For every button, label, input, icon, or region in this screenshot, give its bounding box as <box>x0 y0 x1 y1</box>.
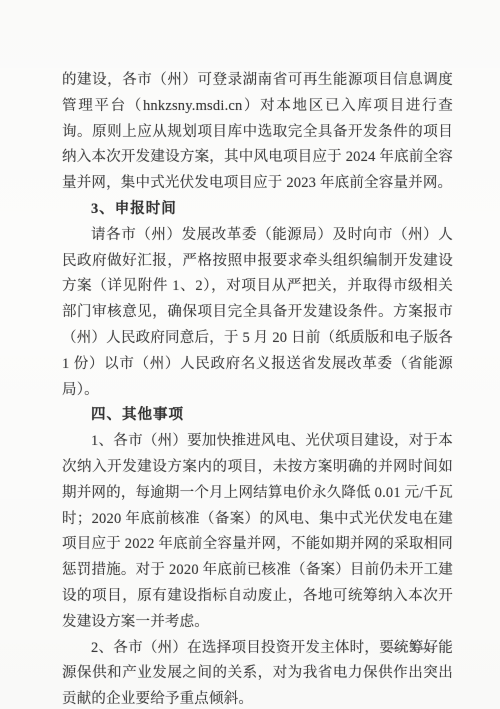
scanned-document-page: 的建设，各市（州）可登录湖南省可再生能源项目信息调度管理平台（hnkzsny.m… <box>0 0 500 709</box>
body-paragraph-continuation: 的建设，各市（州）可登录湖南省可再生能源项目信息调度管理平台（hnkzsny.m… <box>62 68 453 197</box>
section-heading-application-time: 3、申报时间 <box>62 197 453 223</box>
body-paragraph: 请各市（州）发展改革委（能源局）及时向市（州）人民政府做好汇报，严格按照申报要求… <box>62 223 453 404</box>
page-number: — 5 — <box>391 640 437 656</box>
body-paragraph: 1、各市（州）要加快推进风电、光伏项目建设，对于本次纳入开发建设方案内的项目，未… <box>62 429 453 635</box>
document-text-block: 的建设，各市（州）可登录湖南省可再生能源项目信息调度管理平台（hnkzsny.m… <box>62 68 453 709</box>
section-heading-other-matters: 四、其他事项 <box>62 403 453 429</box>
